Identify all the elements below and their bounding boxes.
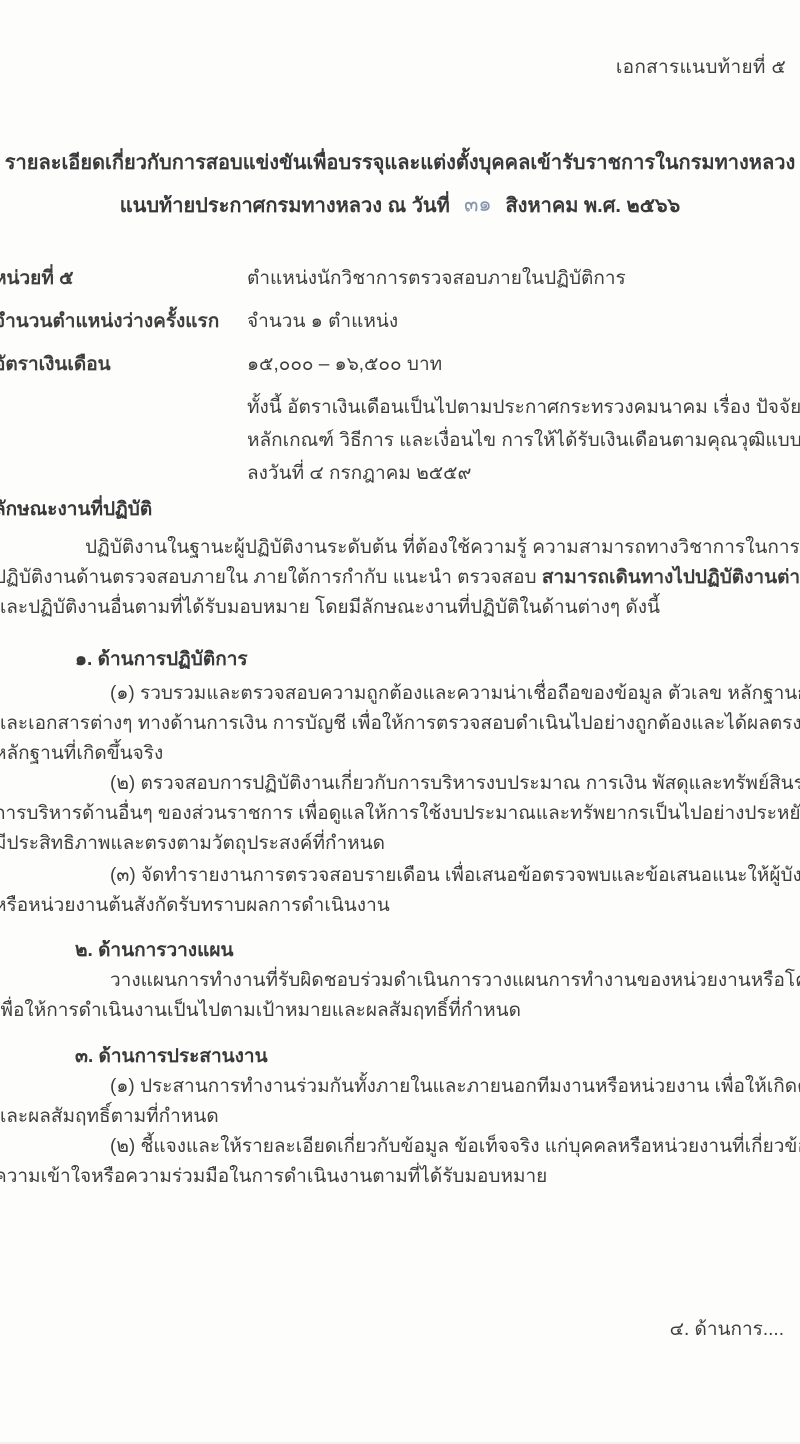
document-title-line1: รายละเอียดเกี่ยวกับการสอบแข่งขันเพื่อบรร… <box>0 146 800 178</box>
paragraph-line: หรือหน่วยงานต้นสังกัดรับทราบผลการดำเนินง… <box>0 891 800 921</box>
section-1-paragraph-3: (๓) จัดทำรายงานการตรวจสอบรายเดือน เพื่อเ… <box>0 861 800 921</box>
paragraph-line: วางแผนการทำงานที่รับผิดชอบร่วมดำเนินการว… <box>0 966 800 996</box>
paragraph-line: มีประสิทธิภาพและตรงตามวัตถุประสงค์ที่กำห… <box>0 829 800 859</box>
info-row-vacancies: จำนวนตำแหน่งว่างครั้งแรก จำนวน ๑ ตำแหน่ง <box>0 309 800 335</box>
duties-section: ลักษณะงานที่ปฏิบัติ ปฏิบัติงานในฐานะผู้ป… <box>0 495 800 1192</box>
intro-line: และปฏิบัติงานอื่นตามที่ได้รับมอบหมาย โดย… <box>0 593 800 623</box>
section-1-paragraph-2: (๒) ตรวจสอบการปฏิบัติงานเกี่ยวกับการบริห… <box>0 769 800 859</box>
paragraph-line: หลักฐานที่เกิดขึ้นจริง <box>0 739 800 769</box>
paragraph-line: (๒) ชี้แจงและให้รายละเอียดเกี่ยวกับข้อมู… <box>0 1132 800 1162</box>
section-3-paragraph-1: (๑) ประสานการทำงานร่วมกันทั้งภายในและภาย… <box>0 1072 800 1132</box>
document-page: เอกสารแนบท้ายที่ ๕ รายละเอียดเกี่ยวกับกา… <box>0 0 800 1444</box>
paragraph-line: (๒) ตรวจสอบการปฏิบัติงานเกี่ยวกับการบริห… <box>0 769 800 799</box>
info-row-salary: อัตราเงินเดือน ๑๕,๐๐๐ – ๑๖,๕๐๐ บาท <box>0 352 800 378</box>
title-date-prefix: แนบท้ายประกาศกรมทางหลวง ณ วันที่ <box>120 195 450 217</box>
salary-label: อัตราเงินเดือน <box>0 352 247 378</box>
duties-intro-paragraph: ปฏิบัติงานในฐานะผู้ปฏิบัติงานระดับต้น ที… <box>0 533 800 623</box>
unit-label: หน่วยที่ ๕ <box>0 266 247 292</box>
intro-line: ปฏิบัติงานในฐานะผู้ปฏิบัติงานระดับต้น ที… <box>0 533 800 563</box>
salary-note-line: ทั้งนี้ อัตราเงินเดือนเป็นไปตามประกาศกระ… <box>247 391 800 424</box>
paragraph-line: และผลสัมฤทธิ์ตามที่กำหนด <box>0 1102 800 1132</box>
paragraph-line: (๑) รวบรวมและตรวจสอบความถูกต้องและความน่… <box>0 679 800 709</box>
paragraph-line: การบริหารด้านอื่นๆ ของส่วนราชการ เพื่อดู… <box>0 799 800 829</box>
title-date-suffix: สิงหาคม พ.ศ. ๒๕๖๖ <box>505 195 680 217</box>
paragraph-line: เพื่อให้การดำเนินงานเป็นไปตามเป้าหมายและ… <box>0 996 800 1026</box>
position-info-table: หน่วยที่ ๕ ตำแหน่งนักวิชาการตรวจสอบภายใน… <box>0 266 800 395</box>
intro-line: ปฏิบัติงานด้านตรวจสอบภายใน ภายใต้การกำกั… <box>0 563 800 593</box>
section-3-heading: ๓. ด้านการประสานงาน <box>0 1042 800 1072</box>
vacancies-label: จำนวนตำแหน่งว่างครั้งแรก <box>0 309 247 335</box>
salary-note-line: ลงวันที่ ๔ กรกฎาคม ๒๕๕๙ <box>247 457 800 490</box>
salary-value: ๑๕,๐๐๐ – ๑๖,๕๐๐ บาท <box>247 352 800 378</box>
paragraph-line: และเอกสารต่างๆ ทางด้านการเงิน การบัญชี เ… <box>0 709 800 739</box>
section-1-paragraph-1: (๑) รวบรวมและตรวจสอบความถูกต้องและความน่… <box>0 679 800 769</box>
vacancies-value: จำนวน ๑ ตำแหน่ง <box>247 309 800 335</box>
salary-note-paragraph: ทั้งนี้ อัตราเงินเดือนเป็นไปตามประกาศกระ… <box>247 391 800 490</box>
paragraph-line: (๑) ประสานการทำงานร่วมกันทั้งภายในและภาย… <box>0 1072 800 1102</box>
section-2-paragraph-1: วางแผนการทำงานที่รับผิดชอบร่วมดำเนินการว… <box>0 966 800 1026</box>
handwritten-day-number: ๓๑ <box>463 188 492 222</box>
duties-heading: ลักษณะงานที่ปฏิบัติ <box>0 495 800 525</box>
salary-note-line: หลักเกณฑ์ วิธีการ และเงื่อนไข การให้ได้ร… <box>247 424 800 457</box>
intro-line2-bold-travel-note: สามารถเดินทางไปปฏิบัติงานต่างจังหวัดได้ <box>542 567 800 588</box>
info-row-unit: หน่วยที่ ๕ ตำแหน่งนักวิชาการตรวจสอบภายใน… <box>0 266 800 292</box>
next-page-catchword: ๔. ด้านการ.... <box>670 1314 784 1344</box>
unit-value: ตำแหน่งนักวิชาการตรวจสอบภายในปฏิบัติการ <box>247 266 800 292</box>
intro-line2-normal: ปฏิบัติงานด้านตรวจสอบภายใน ภายใต้การกำกั… <box>0 567 542 588</box>
section-2-heading: ๒. ด้านการวางแผน <box>0 936 800 966</box>
paragraph-line: ความเข้าใจหรือความร่วมมือในการดำเนินงานต… <box>0 1162 800 1192</box>
document-title-line2: แนบท้ายประกาศกรมทางหลวง ณ วันที่๓๑สิงหาค… <box>0 189 800 222</box>
section-3-paragraph-2: (๒) ชี้แจงและให้รายละเอียดเกี่ยวกับข้อมู… <box>0 1132 800 1192</box>
section-1-heading: ๑. ด้านการปฏิบัติการ <box>0 645 800 675</box>
paragraph-line: (๓) จัดทำรายงานการตรวจสอบรายเดือน เพื่อเ… <box>0 861 800 891</box>
doc-ref-label: เอกสารแนบท้ายที่ ๕ <box>616 52 786 82</box>
